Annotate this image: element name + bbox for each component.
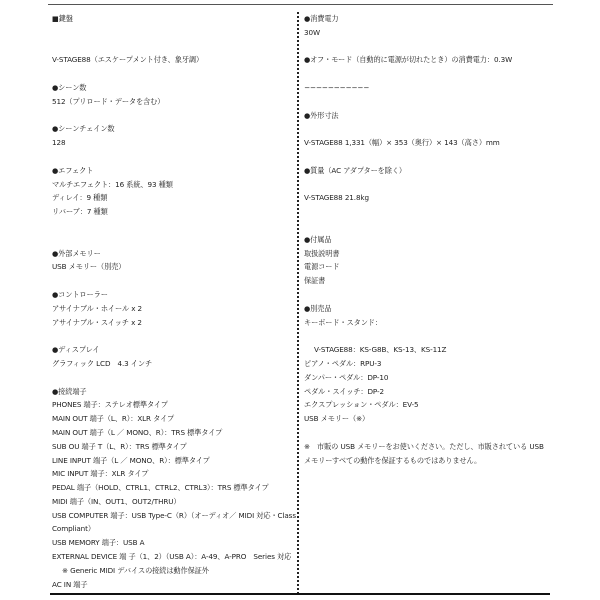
external-memory-value: USB メモリー（別売）: [52, 260, 292, 274]
options-heading: ●別売品: [304, 302, 544, 316]
effects-item: リバーブ：7 種類: [52, 205, 292, 219]
connector-item: USB MEMORY 端子：USB A: [52, 536, 292, 550]
accessory-item: 電源コード: [304, 260, 544, 274]
connector-item: EXTERNAL DEVICE 端 子（1、2）（USB A）：A-49、A-P…: [52, 550, 292, 564]
connector-item-ac-in: AC IN 端子: [52, 578, 292, 592]
option-item: ペダル・スイッチ：DP-2: [304, 385, 544, 399]
effects-item: マルチエフェクト：16 系統、93 種類: [52, 178, 292, 192]
connector-item: MAIN OUT 端子（L ／ MONO、R）：TRS 標準タイプ: [52, 426, 292, 440]
right-column: ●消費電力 30W ●オフ・モード（自動的に電源が切れたとき）の消費電力：0.3…: [304, 12, 544, 467]
left-column: ■鍵盤 V-STAGE88（エスケープメント付き、象牙調） ●シーン数 512（…: [52, 12, 292, 591]
off-mode-power: ●オフ・モード（自動的に電源が切れたとき）の消費電力：0.3W: [304, 53, 544, 67]
external-memory-heading: ●外部メモリー: [52, 247, 292, 261]
scene-chains-heading: ●シーンチェイン数: [52, 122, 292, 136]
accessory-item: 取扱説明書: [304, 247, 544, 261]
scenes-value: 512（プリロード・データを含む）: [52, 95, 292, 109]
scene-chains-value: 128: [52, 136, 292, 150]
option-item: ピアノ・ペダル：RPU-3: [304, 357, 544, 371]
effects-item: ディレイ：9 種類: [52, 191, 292, 205]
keyboard-heading: ■鍵盤: [52, 12, 292, 26]
connector-item: USB COMPUTER 端子：USB Type-C（R）（オーディオ／ MID…: [52, 509, 292, 523]
top-rule: [48, 4, 553, 5]
bottom-rule-left: [50, 593, 300, 595]
options-note-line-1: ※ 市販の USB メモリーをお使いください。ただし、市販されている USB: [304, 440, 544, 454]
connector-item: MIDI 端子（IN、OUT1、OUT2/THRU）: [52, 495, 292, 509]
display-heading: ●ディスプレイ: [52, 343, 292, 357]
accessory-item: 保証書: [304, 274, 544, 288]
connectors-heading: ●接続端子: [52, 385, 292, 399]
controllers-item: アサイナブル・スイッチ x 2: [52, 316, 292, 330]
connector-item: LINE INPUT 端子（L ／ MONO、R）：標準タイプ: [52, 454, 292, 468]
stand-label: キーボード・スタンド：: [304, 316, 544, 330]
option-item: ダンパー・ペダル：DP-10: [304, 371, 544, 385]
connector-item: MIC INPUT 端子：XLR タイプ: [52, 467, 292, 481]
connector-item: PEDAL 端子（HOLD、CTRL1、CTRL2、CTRL3）：TRS 標準タ…: [52, 481, 292, 495]
connector-item: SUB OU 端子 T（L、R）：TRS 標準タイプ: [52, 440, 292, 454]
connector-item: Compliant）: [52, 522, 292, 536]
effects-heading: ●エフェクト: [52, 164, 292, 178]
controllers-heading: ●コントローラー: [52, 288, 292, 302]
weight-heading: ●質量（AC アダプターを除く）: [304, 164, 544, 178]
controllers-item: アサイナブル・ホイール x 2: [52, 302, 292, 316]
connector-item: MAIN OUT 端子（L、R）：XLR タイプ: [52, 412, 292, 426]
dimensions-heading: ●外形寸法: [304, 109, 544, 123]
dimensions-value: V-STAGE88 1,331（幅）× 353（奥行）× 143（高さ）mm: [304, 136, 544, 150]
options-note-line-2: メモリーすべての動作を保証するものではありません。: [304, 454, 544, 468]
accessories-heading: ●付属品: [304, 233, 544, 247]
keyboard-value: V-STAGE88（エスケープメント付き、象牙調）: [52, 53, 292, 67]
stand-value: V-STAGE88：KS-G8B、KS-13、KS-11Z: [304, 343, 544, 357]
option-item: エクスプレッション・ペダル：EV-5: [304, 398, 544, 412]
display-value: グラフィック LCD 4.3 インチ: [52, 357, 292, 371]
connector-item: PHONES 端子：ステレオ標準タイプ: [52, 398, 292, 412]
connectors-note: ※ Generic MIDI デバイスの接続は動作保証外: [52, 564, 292, 578]
power-heading: ●消費電力: [304, 12, 544, 26]
weight-value: V-STAGE88 21.8kg: [304, 191, 544, 205]
separator: −−−−−−−−−−−: [304, 81, 544, 95]
option-item: USB メモリー（※）: [304, 412, 544, 426]
scenes-heading: ●シーン数: [52, 81, 292, 95]
power-value: 30W: [304, 26, 544, 40]
column-divider: [297, 12, 299, 594]
bottom-rule-right: [298, 593, 550, 595]
